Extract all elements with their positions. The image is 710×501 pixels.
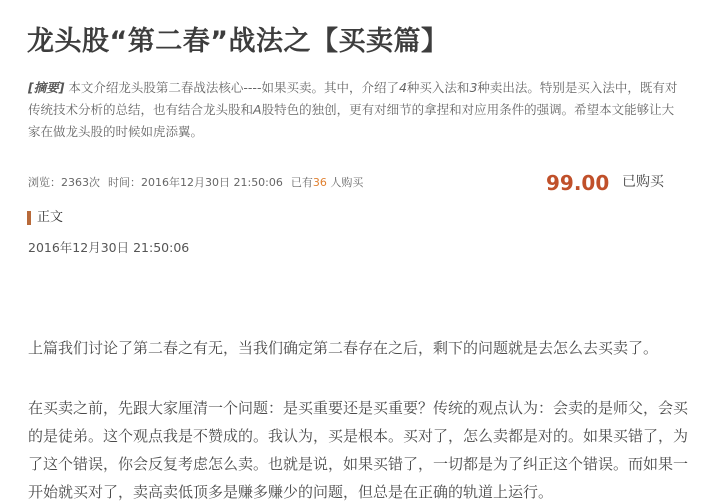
article-meta: 浏览：2363次时间：2016年12月30日 21:50:06已有36 人购买 (28, 175, 363, 191)
views-count: 2363次 (61, 176, 100, 189)
buyers-prefix: 已有 (291, 176, 313, 189)
post-date: 2016年12月30日 21:50:06 (28, 239, 189, 257)
article-paragraph: 在买卖之前，先跟大家厘清一个问题：是买重要还是买重要？传统的观点认为：会卖的是师… (28, 394, 688, 501)
article-page: 龙头股“第二春”战法之【买卖篇】 [摘要] 本文介绍龙头股第二春战法核心----… (0, 0, 710, 501)
article-title: 龙头股“第二春”战法之【买卖篇】 (27, 24, 449, 60)
section-label-text: 正文 (37, 209, 63, 227)
summary-a-share: A (253, 102, 262, 117)
summary-tag: [摘要] (28, 80, 64, 95)
section-bar-icon (27, 211, 31, 225)
summary-text-1: 本文介绍龙头股第二春战法核心----如果买卖。其中，介绍了 (64, 80, 399, 95)
buyers-count: 36 (313, 176, 327, 189)
section-heading-body: 正文 (27, 209, 63, 227)
purchase-status: 已购买 (622, 172, 664, 192)
article-summary: [摘要] 本文介绍龙头股第二春战法核心----如果买卖。其中，介绍了4种买入法和… (28, 77, 683, 143)
views-label: 浏览： (28, 176, 61, 189)
buyers-suffix: 人购买 (327, 176, 364, 189)
article-price: 99.00 (546, 170, 609, 196)
article-paragraph: 上篇我们讨论了第二春之有无，当我们确定第二春存在之后，剩下的问题就是去怎么去买卖… (28, 334, 688, 362)
time-label: 时间： (108, 176, 141, 189)
publish-time: 2016年12月30日 21:50:06 (141, 176, 283, 189)
summary-buy-count: 4 (399, 80, 407, 95)
summary-text-2: 种买入法和 (407, 80, 470, 95)
